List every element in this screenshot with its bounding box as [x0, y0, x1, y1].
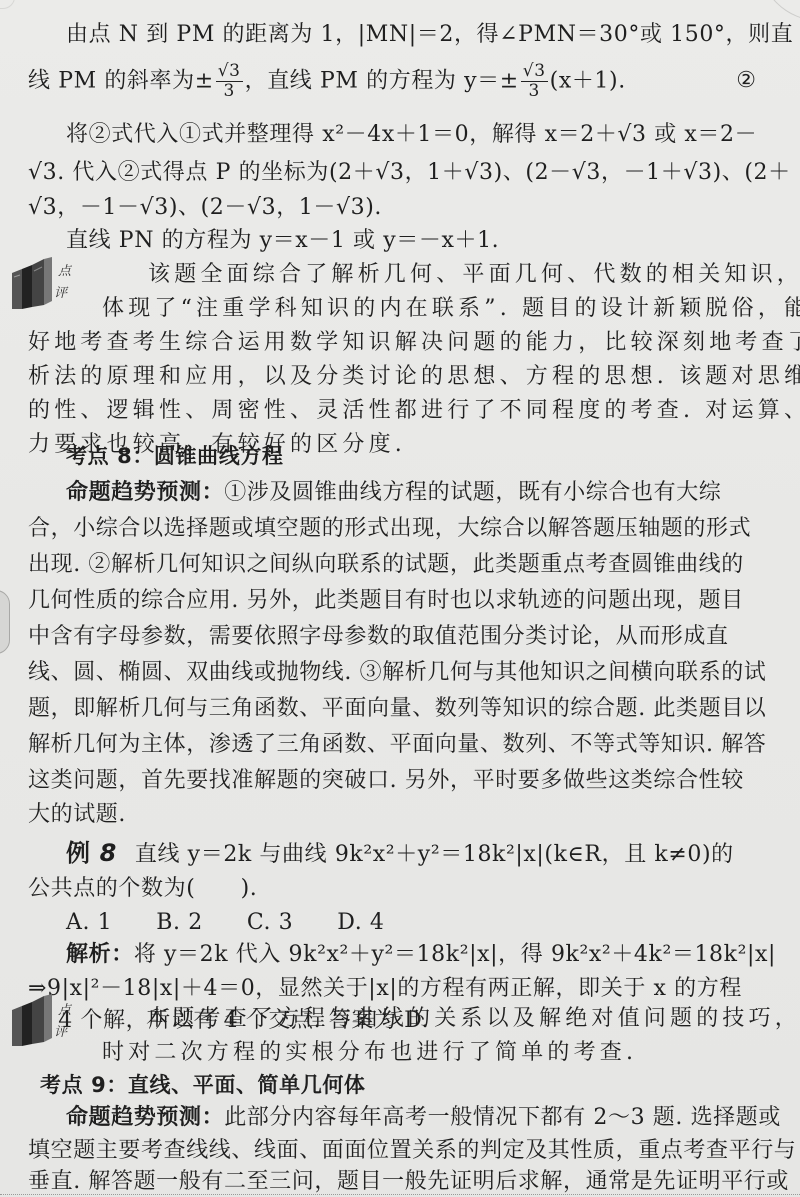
choice-c: C. 3 [247, 908, 293, 938]
solution-line: ⇒9|x|²－18|x|＋4＝0，显然关于|x|的方程有两正解，即关于 x 的方… [28, 974, 772, 1004]
answer-choices: A. 1B. 2C. 3D. 4 [66, 908, 772, 938]
example-label-char: 例 [66, 839, 91, 867]
example-label: 例 8 [66, 839, 117, 867]
page-corner-decoration [759, 0, 800, 21]
paragraph-line: 由点 N 到 PM 的距离为 1，|MN|＝2，得∠PMN＝30°或 150°，… [66, 20, 772, 50]
text-fragment: 直线 y＝2k 与曲线 9k²x²＋y²＝18k²|x|(k∈R，且 k≠0)的 [135, 842, 734, 867]
paragraph-line: 填空题主要考查线线、线面、面面位置关系的判定及其性质，重点考查平行与 [28, 1136, 772, 1166]
paragraph-line: 解析几何为主体，渗透了三角函数、平面向量、数列、不等式等知识. 解答 [28, 730, 772, 760]
text-fragment: ①涉及圆锥曲线方程的试题，既有小综合也有大综 [224, 480, 721, 505]
section-heading: 考点 8：圆锥曲线方程 [66, 441, 772, 471]
example-number: 8 [100, 839, 117, 867]
comment-line: 体现了“注重学科知识的内在联系”. 题目的设计新颖脱俗，能较 [102, 294, 772, 324]
choice-b: B. 2 [156, 908, 203, 938]
books-comment-icon: 点 评 [8, 255, 80, 311]
paragraph-line: 垂直. 解答题一般有二至三问，题目一般先证明后求解，通常是先证明平行或 [28, 1167, 772, 1197]
choice-d: D. 4 [337, 908, 384, 938]
paragraph-line: 中含有字母参数，需要依照字母参数的取值范围分类讨论，从而形成直 [28, 622, 772, 652]
comment-line: 的性、逻辑性、周密性、灵活性都进行了不同程度的考查. 对运算、化简能 [28, 396, 772, 426]
svg-text:评: 评 [54, 286, 69, 301]
paragraph-line: 直线 PN 的方程为 y＝x－1 或 y＝－x＋1. [66, 226, 772, 256]
comment-line: 时对二次方程的实根分布也进行了简单的考查. [102, 1038, 772, 1068]
solution-label: 解析： [66, 942, 134, 967]
text-fragment: 此部分内容每年高考一般情况下都有 2～3 题. 选择题或 [224, 1105, 781, 1130]
example-line: 公共点的个数为( ). [28, 874, 772, 904]
comment-line: 该题全面综合了解析几何、平面几何、代数的相关知识，充分 [148, 260, 772, 290]
paragraph-line: 出现. ②解析几何知识之间纵向联系的试题，此类题重点考查圆锥曲线的 [28, 550, 772, 580]
page-corner-decoration [0, 0, 15, 9]
book-page: 由点 N 到 PM 的距离为 1，|MN|＝2，得∠PMN＝30°或 150°，… [0, 0, 800, 1197]
paragraph-line: 线、圆、椭圆、双曲线或抛物线. ③解析几何与其他知识之间横向联系的试 [28, 658, 772, 688]
fraction: √33 [216, 62, 243, 101]
section-heading: 考点 9：直线、平面、简单几何体 [40, 1070, 746, 1100]
paragraph-line: 线 PM 的斜率为±√33，直线 PM 的方程为 y＝±√33(x＋1). [28, 62, 772, 101]
paragraph-line: √3. 代入②式得点 P 的坐标为(2＋√3，1＋√3)、(2－√3，－1＋√3… [28, 158, 772, 188]
fraction: √33 [521, 62, 548, 101]
paragraph-line: 将②式代入①式并整理得 x²－4x＋1＝0，解得 x＝2＋√3 或 x＝2－ [66, 120, 772, 150]
page-edge-rule [0, 1194, 800, 1195]
fraction-denominator: 3 [216, 82, 243, 101]
paragraph-line: 命题趋势预测：此部分内容每年高考一般情况下都有 2～3 题. 选择题或 [66, 1103, 772, 1133]
fraction-denominator: 3 [521, 82, 548, 101]
text-fragment: ，直线 PM 的方程为 y＝± [245, 69, 519, 94]
equation-marker: ② [736, 68, 756, 93]
paragraph-line: 合，小综合以选择题或填空题的形式出现，大综合以解答题压轴题的形式 [28, 514, 772, 544]
choice-a: A. 1 [66, 908, 112, 938]
lead-label: 命题趋势预测： [66, 1105, 224, 1130]
page-tab-mark [0, 590, 10, 654]
text-fragment: 线 PM 的斜率为± [28, 69, 214, 94]
text-fragment: 将 y＝2k 代入 9k²x²＋y²＝18k²|x|，得 9k²x²＋4k²＝1… [134, 942, 776, 967]
paragraph-line: 大的试题. [28, 800, 772, 830]
svg-text:点: 点 [58, 264, 73, 279]
paragraph-line: 几何性质的综合应用. 另外，此类题目有时也以求轨迹的问题出现，题目 [28, 586, 772, 616]
fraction-numerator: √3 [216, 62, 243, 82]
svg-text:评: 评 [54, 1025, 69, 1040]
example-line: 例 8直线 y＝2k 与曲线 9k²x²＋y²＝18k²|x|(k∈R，且 k≠… [66, 838, 772, 870]
text-fragment: (x＋1). [550, 69, 626, 94]
svg-text:点: 点 [58, 1003, 73, 1018]
paragraph-line: 命题趋势预测：①涉及圆锥曲线方程的试题，既有小综合也有大综 [66, 478, 772, 508]
fraction-numerator: √3 [521, 62, 548, 82]
lead-label: 命题趋势预测： [66, 480, 224, 505]
paragraph-line: √3，－1－√3)、(2－√3，1－√3). [28, 193, 772, 223]
solution-line: 解析：将 y＝2k 代入 9k²x²＋y²＝18k²|x|，得 9k²x²＋4k… [66, 940, 772, 970]
comment-line: 好地考查考生综合运用数学知识解决问题的能力，比较深刻地考查了解 [28, 328, 772, 358]
comment-line: 析法的原理和应用，以及分类讨论的思想、方程的思想. 该题对思维的目 [28, 362, 772, 392]
paragraph-line: 题，即解析几何与三角函数、平面向量、数列等知识的综合题. 此类题目以 [28, 694, 772, 724]
comment-line: 本题考查了方程与曲线的关系以及解绝对值问题的技巧，同 [146, 1004, 772, 1034]
books-comment-icon: 点 评 [8, 992, 80, 1048]
paragraph-line: 这类问题，首先要找准解题的突破口. 另外，平时要多做些这类综合性较 [28, 766, 772, 796]
